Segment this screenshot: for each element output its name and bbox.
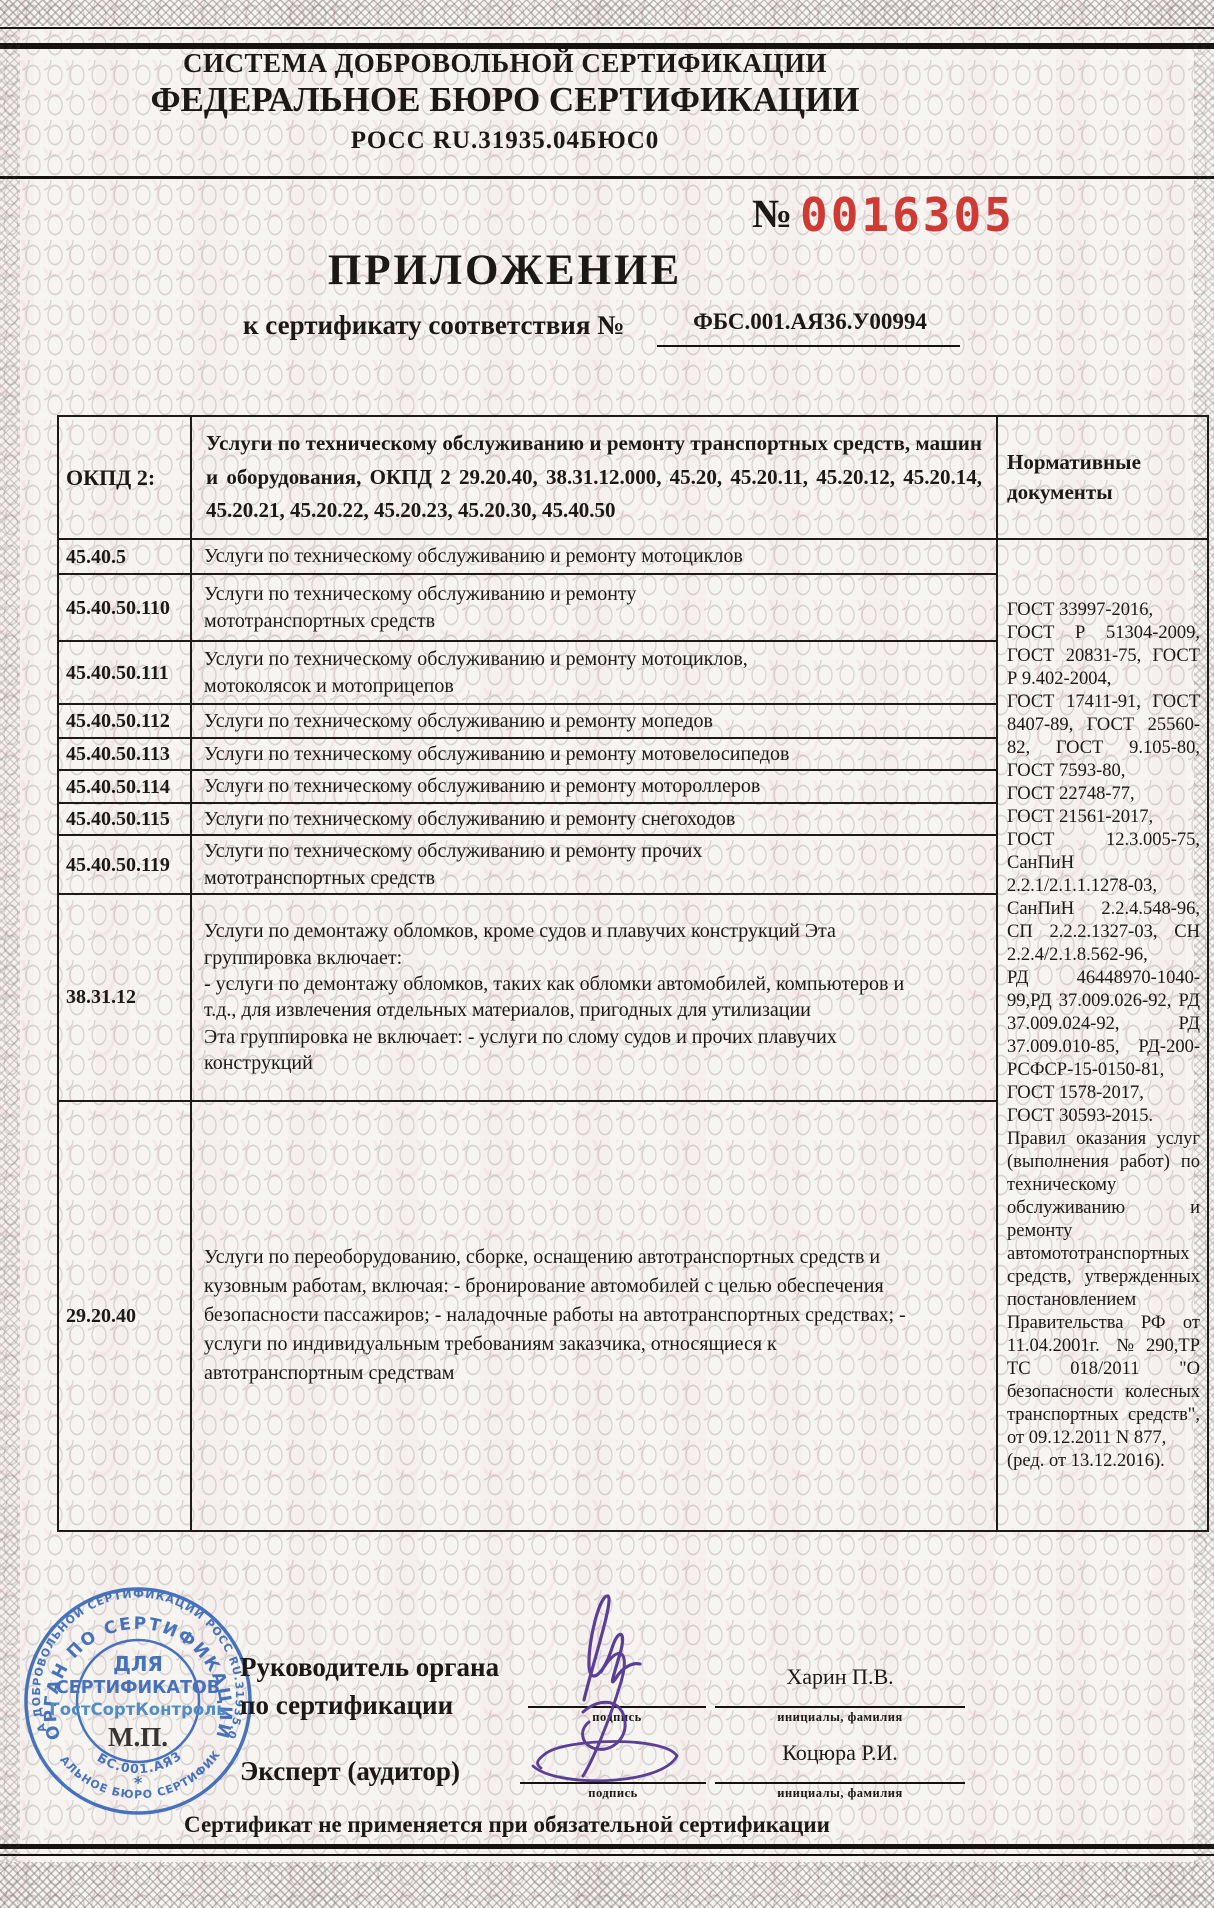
table-header-okpd: ОКПД 2: (58, 416, 191, 539)
expert-name: Коцюра Р.И. (715, 1740, 965, 1766)
service-description: Услуги по техническому обслуживанию и ре… (191, 835, 997, 894)
certification-system-name: СИСТЕМА ДОБРОВОЛЬНОЙ СЕРТИФИКАЦИИ (40, 48, 970, 79)
expert-signature-ink (505, 1638, 705, 1798)
expert-signature-label: подпись (520, 1786, 706, 1801)
certification-body-name: ФЕДЕРАЛЬНОЕ БЮРО СЕРТИФИКАЦИИ (40, 80, 970, 120)
border-line-top-thin (0, 27, 1214, 29)
border-band-top (0, 0, 1214, 26)
expert-name-line (715, 1782, 965, 1784)
expert-auditor-role: Эксперт (аудитор) (240, 1756, 460, 1787)
okpd-code: 45.40.50.112 (58, 704, 191, 738)
okpd-code: 45.40.5 (58, 539, 191, 574)
form-number-value: 0016305 (800, 188, 1015, 242)
certificate-number-underline (657, 345, 960, 347)
stamp-star: * (134, 1773, 143, 1792)
page-title: ПРИЛОЖЕНИЕ (40, 246, 970, 295)
certificate-page: СИСТЕМА ДОБРОВОЛЬНОЙ СЕРТИФИКАЦИИ ФЕДЕРА… (0, 0, 1214, 1908)
head-of-body-role-line1: Руководитель органа (240, 1652, 499, 1683)
border-line-bottom-thick (0, 1844, 1214, 1849)
table-row: 45.40.5 Услуги по техническому обслужива… (58, 539, 1208, 574)
service-description: Услуги по техническому обслуживанию и ре… (191, 770, 997, 802)
head-name: Харин П.В. (715, 1664, 965, 1690)
border-line-bottom-thin (0, 1854, 1214, 1856)
certificate-number: ФБС.001.АЯ36.У00994 (660, 309, 960, 335)
service-description: Услуги по техническому обслуживанию и ре… (191, 738, 997, 770)
okpd-code: 45.40.50.115 (58, 803, 191, 835)
header-divider-line (0, 176, 1214, 179)
head-name-label: инициалы, фамилия (715, 1710, 965, 1725)
okpd-code: 45.40.50.110 (58, 574, 191, 641)
stamp-center-line1: ДЛЯ (113, 1652, 163, 1676)
expert-name-label: инициалы, фамилия (715, 1786, 965, 1801)
service-description: Услуги по техническому обслуживанию и ре… (191, 803, 997, 835)
stamp-mp-mark: М.П. (108, 1722, 168, 1752)
service-description: Услуги по переоборудованию, сборке, осна… (191, 1101, 997, 1531)
disclaimer-text: Сертификат не применяется при обязательн… (57, 1812, 957, 1838)
expert-signature-line (520, 1782, 706, 1784)
service-description: Услуги по демонтажу обломков, кроме судо… (191, 894, 997, 1101)
okpd-services-table: ОКПД 2: Услуги по техническому обслужива… (57, 415, 1209, 1532)
table-header-services: Услуги по техническому обслуживанию и ре… (191, 416, 997, 539)
service-description: Услуги по техническому обслуживанию и ре… (191, 539, 997, 574)
normative-documents-cell: ГОСТ 33997-2016, ГОСТ Р 51304-2009, ГОСТ… (997, 539, 1208, 1531)
ross-registration-code: РОСС RU.31935.04БЮС0 (40, 127, 970, 155)
okpd-code: 45.40.50.113 (58, 738, 191, 770)
service-description: Услуги по техническому обслуживанию и ре… (191, 574, 997, 641)
table-header-normative-docs: Нормативные документы (997, 416, 1208, 539)
stamp-center-line2: СЕРТИФИКАТОВ (56, 1678, 220, 1698)
head-of-body-role-line2: по сертификации (240, 1690, 453, 1721)
okpd-code: 38.31.12 (58, 894, 191, 1101)
okpd-code: 45.40.50.114 (58, 770, 191, 802)
certification-body-stamp: СИСТЕМА ДОБРОВОЛЬНОЙ СЕРТИФИКАЦИИ РОСС R… (20, 1583, 256, 1819)
service-description: Услуги по техническому обслуживанию и ре… (191, 641, 997, 704)
head-name-line (715, 1706, 965, 1708)
okpd-code: 45.40.50.111 (58, 641, 191, 704)
table-header-row: ОКПД 2: Услуги по техническому обслужива… (58, 416, 1208, 539)
border-band-bottom (0, 1862, 1214, 1908)
form-number-sign: № (752, 190, 792, 237)
service-description: Услуги по техническому обслуживанию и ре… (191, 704, 997, 738)
stamp-org-name: ГостСортКонтроль (49, 1700, 226, 1719)
okpd-code: 45.40.50.119 (58, 835, 191, 894)
okpd-code: 29.20.40 (58, 1101, 191, 1531)
border-band-left (0, 26, 20, 1862)
certificate-subtitle-label: к сертификату соответствия № (243, 310, 624, 341)
